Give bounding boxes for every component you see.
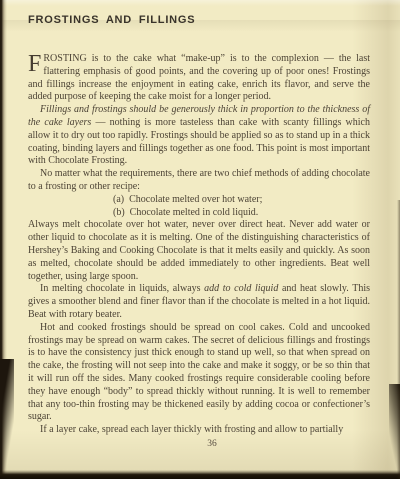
paragraph-two-methods: No matter what the requirements, there a… [28,168,370,194]
page-body-text: FROSTING is to the cake what “make-up” i… [28,53,370,437]
paragraph-liquids: In melting chocolate in liquids, always … [28,283,370,321]
drop-cap-word-rest: ROSTING [43,53,86,64]
paragraph-liquids-pre: In melting chocolate in liquids, always [40,283,204,294]
method-list-item-a: (a) Chocolate melted over hot water; [113,194,370,207]
method-list-item-b: (b) Chocolate melted in cold liquid. [113,207,370,220]
paragraph-melting: Always melt chocolate over hot water, ne… [28,219,370,283]
drop-cap-letter: F [28,53,43,75]
scanned-book-page: FROSTINGS AND FILLINGS FROSTING is to th… [0,0,400,479]
paragraph-spreading: Hot and cooked frostings should be sprea… [28,322,370,424]
paragraph-intro: FROSTING is to the cake what “make-up” i… [28,53,370,104]
paragraph-thickness: Fillings and frostings should be generou… [28,104,370,168]
page-number: 36 [0,439,400,449]
page-title: FROSTINGS AND FILLINGS [28,14,195,26]
paragraph-layer-cake: If a layer cake, spread each layer thick… [28,424,370,437]
scan-corner-bottom-left [0,359,14,479]
scan-edge-bottom [0,470,400,479]
method-list: (a) Chocolate melted over hot water; (b)… [28,194,370,220]
paragraph-liquids-italic: add to cold liquid [204,283,278,294]
